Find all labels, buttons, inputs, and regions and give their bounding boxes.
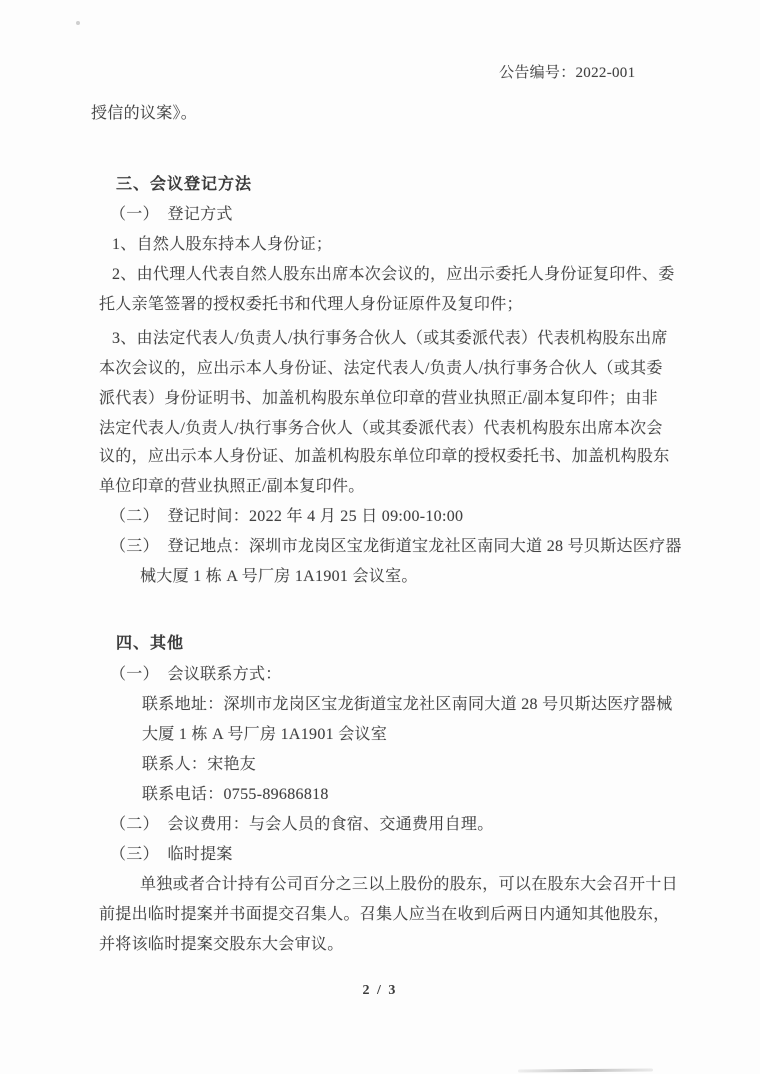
text-line: （一） 会议联系方式： xyxy=(110,664,282,686)
text-line: 本次会议的，应出示本人身份证、法定代表人/负责人/执行事务合伙人（或其委 xyxy=(99,358,663,380)
pen-dot-artifact xyxy=(76,21,80,25)
text-line: （一） 登记方式 xyxy=(110,204,233,226)
text-line: （二） 登记时间：2022 年 4 月 25 日 09:00-10:00 xyxy=(110,506,463,528)
text-line: 派代表）身份证明书、加盖机构股东单位印章的营业执照正/副本复印件；由非 xyxy=(99,388,658,410)
text-line: 授信的议案》。 xyxy=(91,103,197,125)
section-heading: 三、会议登记方法 xyxy=(116,174,252,196)
announcement-number: 公告编号：2022-001 xyxy=(499,61,635,82)
section-heading: 四、其他 xyxy=(116,633,184,655)
text-line: 托人亲笔签署的授权委托书和代理人身份证原件及复印件； xyxy=(99,294,523,316)
text-line: 大厦 1 栋 A 号厂房 1A1901 会议室 xyxy=(142,724,387,746)
text-line: 单独或者合计持有公司百分之三以上股份的股东，可以在股东大会召开十日 xyxy=(140,874,678,896)
text-line: 联系电话：0755-89686818 xyxy=(142,784,329,806)
text-line: 械大厦 1 栋 A 号厂房 1A1901 会议室。 xyxy=(140,566,418,588)
text-line: 前提出临时提案并书面提交召集人。召集人应当在收到后两日内通知其他股东， xyxy=(99,904,670,926)
text-line: 3、由法定代表人/负责人/执行事务合伙人（或其委派代表）代表机构股东出席 xyxy=(112,328,668,350)
scanned-document-page: 公告编号：2022-001 授信的议案》。三、会议登记方法（一） 登记方式1、自… xyxy=(0,0,760,1074)
text-line: （三） 登记地点：深圳市龙岗区宝龙街道宝龙社区南同大道 28 号贝斯达医疗器 xyxy=(110,536,682,558)
text-line: （三） 临时提案 xyxy=(110,844,233,866)
text-line: 联系地址：深圳市龙岗区宝龙街道宝龙社区南同大道 28 号贝斯达医疗器械 xyxy=(142,694,673,716)
text-line: （二） 会议费用：与会人员的食宿、交通费用自理。 xyxy=(110,814,494,836)
scan-shadow-artifact xyxy=(518,1069,653,1073)
text-line: 2、由代理人代表自然人股东出席本次会议的，应出示委托人身份证复印件、委 xyxy=(112,264,675,286)
text-line: 议的，应出示本人身份证、加盖机构股东单位印章的授权委托书、加盖机构股东 xyxy=(99,446,670,468)
text-line: 法定代表人/负责人/执行事务合伙人（或其委派代表）代表机构股东出席本次会 xyxy=(99,418,663,440)
page-number-indicator: 2 / 3 xyxy=(0,983,760,999)
text-line: 单位印章的营业执照正/副本复印件。 xyxy=(99,476,365,498)
text-line: 1、自然人股东持本人身份证； xyxy=(112,234,332,256)
text-line: 联系人：宋艳友 xyxy=(142,754,256,776)
text-line: 并将该临时提案交股东大会审议。 xyxy=(99,934,344,956)
